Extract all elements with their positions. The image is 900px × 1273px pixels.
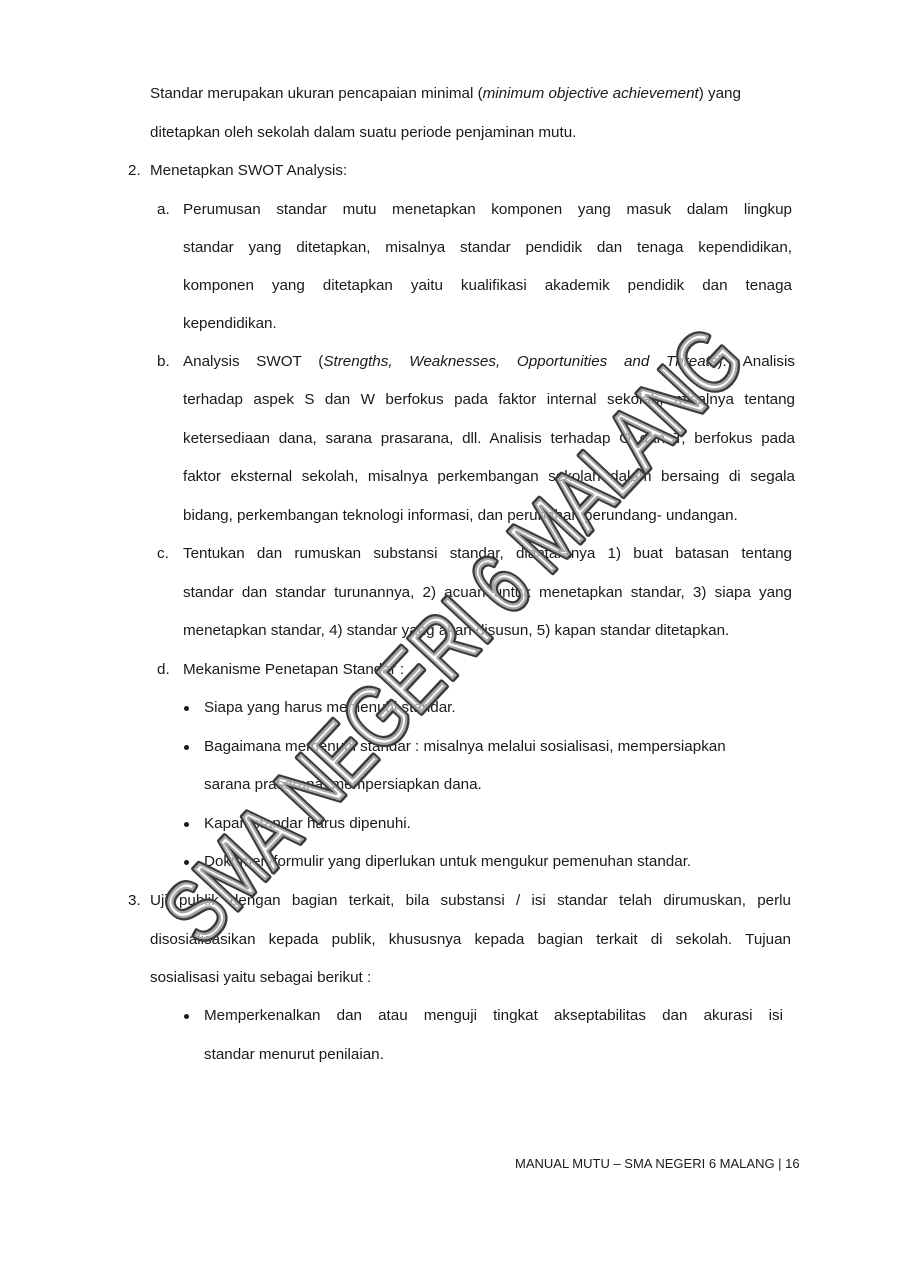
list-marker-3: 3. — [128, 891, 141, 911]
intro-text-end: ) yang — [699, 85, 741, 102]
sub-d-title: Mekanisme Penetapan Standar : — [183, 660, 404, 680]
sub-a-line-3: komponen yang ditetapkan yaitu kualifika… — [183, 276, 792, 296]
list-marker-a: a. — [157, 200, 170, 220]
bullet-icon — [184, 745, 189, 750]
list-marker-c: c. — [157, 544, 169, 564]
list-marker-d: d. — [157, 660, 170, 680]
intro-line-1: Standar merupakan ukuran pencapaian mini… — [150, 84, 797, 104]
sub-d-bullet-1: Siapa yang harus memenuhi standar. — [204, 698, 456, 718]
sub-b-text-end: ). Analisis — [718, 353, 796, 370]
intro-line-2: ditetapkan oleh sekolah dalam suatu peri… — [150, 123, 576, 143]
item-3-bullet-1-line-2: standar menurut penilaian. — [204, 1045, 384, 1065]
sub-d-bullet-4: Dokumen/formulir yang diperlukan untuk m… — [204, 852, 691, 872]
bullet-icon — [184, 860, 189, 865]
sub-c-line-2: standar dan standar turunannya, 2) acuan… — [183, 583, 792, 603]
item-2-title: Menetapkan SWOT Analysis: — [150, 161, 347, 181]
list-marker-2: 2. — [128, 161, 141, 181]
page-footer: MANUAL MUTU – SMA NEGERI 6 MALANG | 16 — [515, 1155, 800, 1173]
list-marker-b: b. — [157, 352, 170, 372]
sub-b-line-4: faktor eksternal sekolah, misalnya perke… — [183, 467, 795, 487]
sub-b-line-5: bidang, perkembangan teknologi informasi… — [183, 506, 738, 526]
item-3-line-1: Uji publik dengan bagian terkait, bila s… — [150, 891, 791, 911]
intro-text: Standar merupakan ukuran pencapaian mini… — [150, 85, 483, 102]
sub-d-bullet-3: Kapan standar harus dipenuhi. — [204, 814, 411, 834]
item-3-line-2: disosialisasikan kepada publik, khususny… — [150, 930, 791, 950]
sub-a-line-2: standar yang ditetapkan, misalnya standa… — [183, 238, 792, 258]
intro-italic-term: minimum objective achievement — [483, 85, 699, 102]
item-3-line-3: sosialisasi yaitu sebagai berikut : — [150, 968, 371, 988]
bullet-icon — [184, 706, 189, 711]
sub-d-bullet-2-line-1: Bagaimana memenuhi standar : misalnya me… — [204, 737, 726, 757]
sub-a-line-4: kependidikan. — [183, 314, 277, 334]
item-3-bullet-1-line-1: Memperkenalkan dan atau menguji tingkat … — [204, 1006, 783, 1026]
document-page: Standar merupakan ukuran pencapaian mini… — [0, 0, 900, 1273]
sub-d-bullet-2-line-2: sarana prasarana, mempersiapkan dana. — [204, 775, 482, 795]
sub-b-line-3: ketersediaan dana, sarana prasarana, dll… — [183, 429, 795, 449]
sub-b-text: Analysis SWOT ( — [183, 353, 323, 370]
swot-italic-terms: Strengths, Weaknesses, Opportunities and… — [323, 353, 717, 370]
sub-b-line-1: Analysis SWOT (Strengths, Weaknesses, Op… — [183, 352, 795, 372]
sub-c-line-1: Tentukan dan rumuskan substansi standar,… — [183, 544, 792, 564]
sub-a-line-1: Perumusan standar mutu menetapkan kompon… — [183, 200, 792, 220]
sub-c-line-3: menetapkan standar, 4) standar yang akan… — [183, 621, 729, 641]
bullet-icon — [184, 822, 189, 827]
sub-b-line-2: terhadap aspek S dan W berfokus pada fak… — [183, 390, 795, 410]
bullet-icon — [184, 1014, 189, 1019]
